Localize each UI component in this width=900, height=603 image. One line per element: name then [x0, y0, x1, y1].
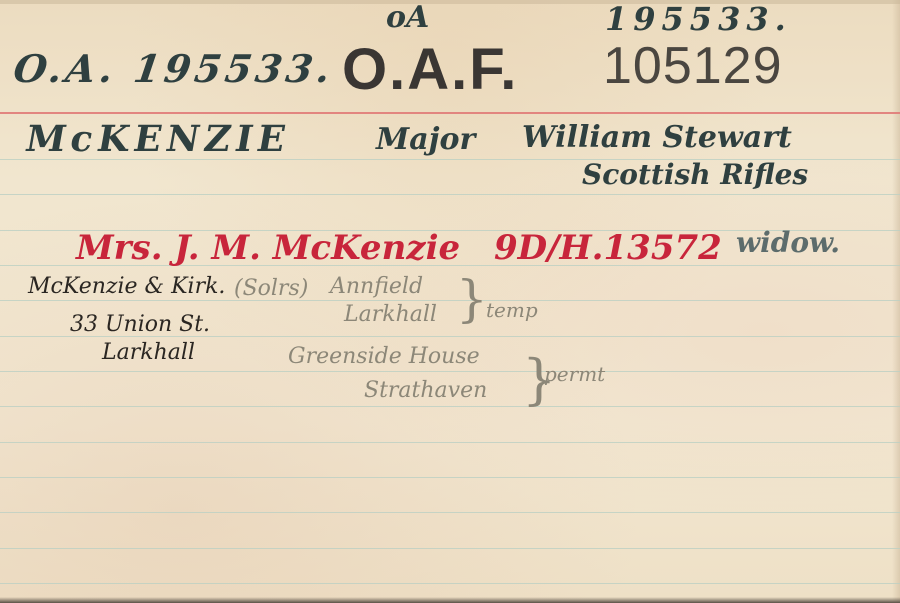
temporary-address-line1: Annfield: [330, 274, 423, 299]
ruled-line: [0, 406, 900, 407]
card-bottom-edge: [0, 597, 900, 603]
permanent-label: permt: [544, 362, 605, 386]
ruled-line: [0, 442, 900, 443]
solicitors-note: (Solrs): [234, 276, 308, 301]
ruled-line: [0, 371, 900, 372]
oaf-stamp: O.A.F.: [342, 36, 518, 103]
ruled-line: [0, 194, 900, 195]
reference-left: O.A. 195533.: [11, 46, 337, 91]
officer-regiment: Scottish Rifles: [582, 158, 808, 191]
red-header-rule: [0, 112, 900, 114]
solicitor-street: 33 Union St.: [70, 312, 210, 337]
claimant-reference: 9D/H.13572: [494, 228, 722, 268]
temporary-address-line2: Larkhall: [344, 302, 437, 327]
ruled-line: [0, 512, 900, 513]
ruled-line: [0, 477, 900, 478]
temporary-label: temp: [486, 298, 538, 322]
solicitor-town: Larkhall: [102, 340, 195, 365]
solicitor-name: McKenzie & Kirk.: [28, 274, 225, 299]
ruled-line: [0, 583, 900, 584]
ruled-line: [0, 300, 900, 301]
typed-file-number: 105129: [603, 36, 783, 96]
reference-top-right: 195533.: [605, 0, 792, 38]
permanent-address-line1: Greenside House: [288, 344, 480, 369]
ruled-line: [0, 548, 900, 549]
officer-surname: McKENZIE: [22, 118, 293, 160]
officer-forenames: William Stewart: [522, 120, 792, 155]
index-card: O.A. 195533. oA O.A.F. 195533. 105129 Mc…: [0, 0, 900, 603]
officer-rank: Major: [376, 122, 475, 157]
temporary-brace: }: [456, 270, 488, 328]
oa-annotation: oA: [386, 0, 429, 35]
claimant-relationship: widow.: [736, 226, 840, 259]
claimant-name: Mrs. J. M. McKenzie: [76, 228, 460, 268]
permanent-address-line2: Strathaven: [364, 378, 487, 403]
